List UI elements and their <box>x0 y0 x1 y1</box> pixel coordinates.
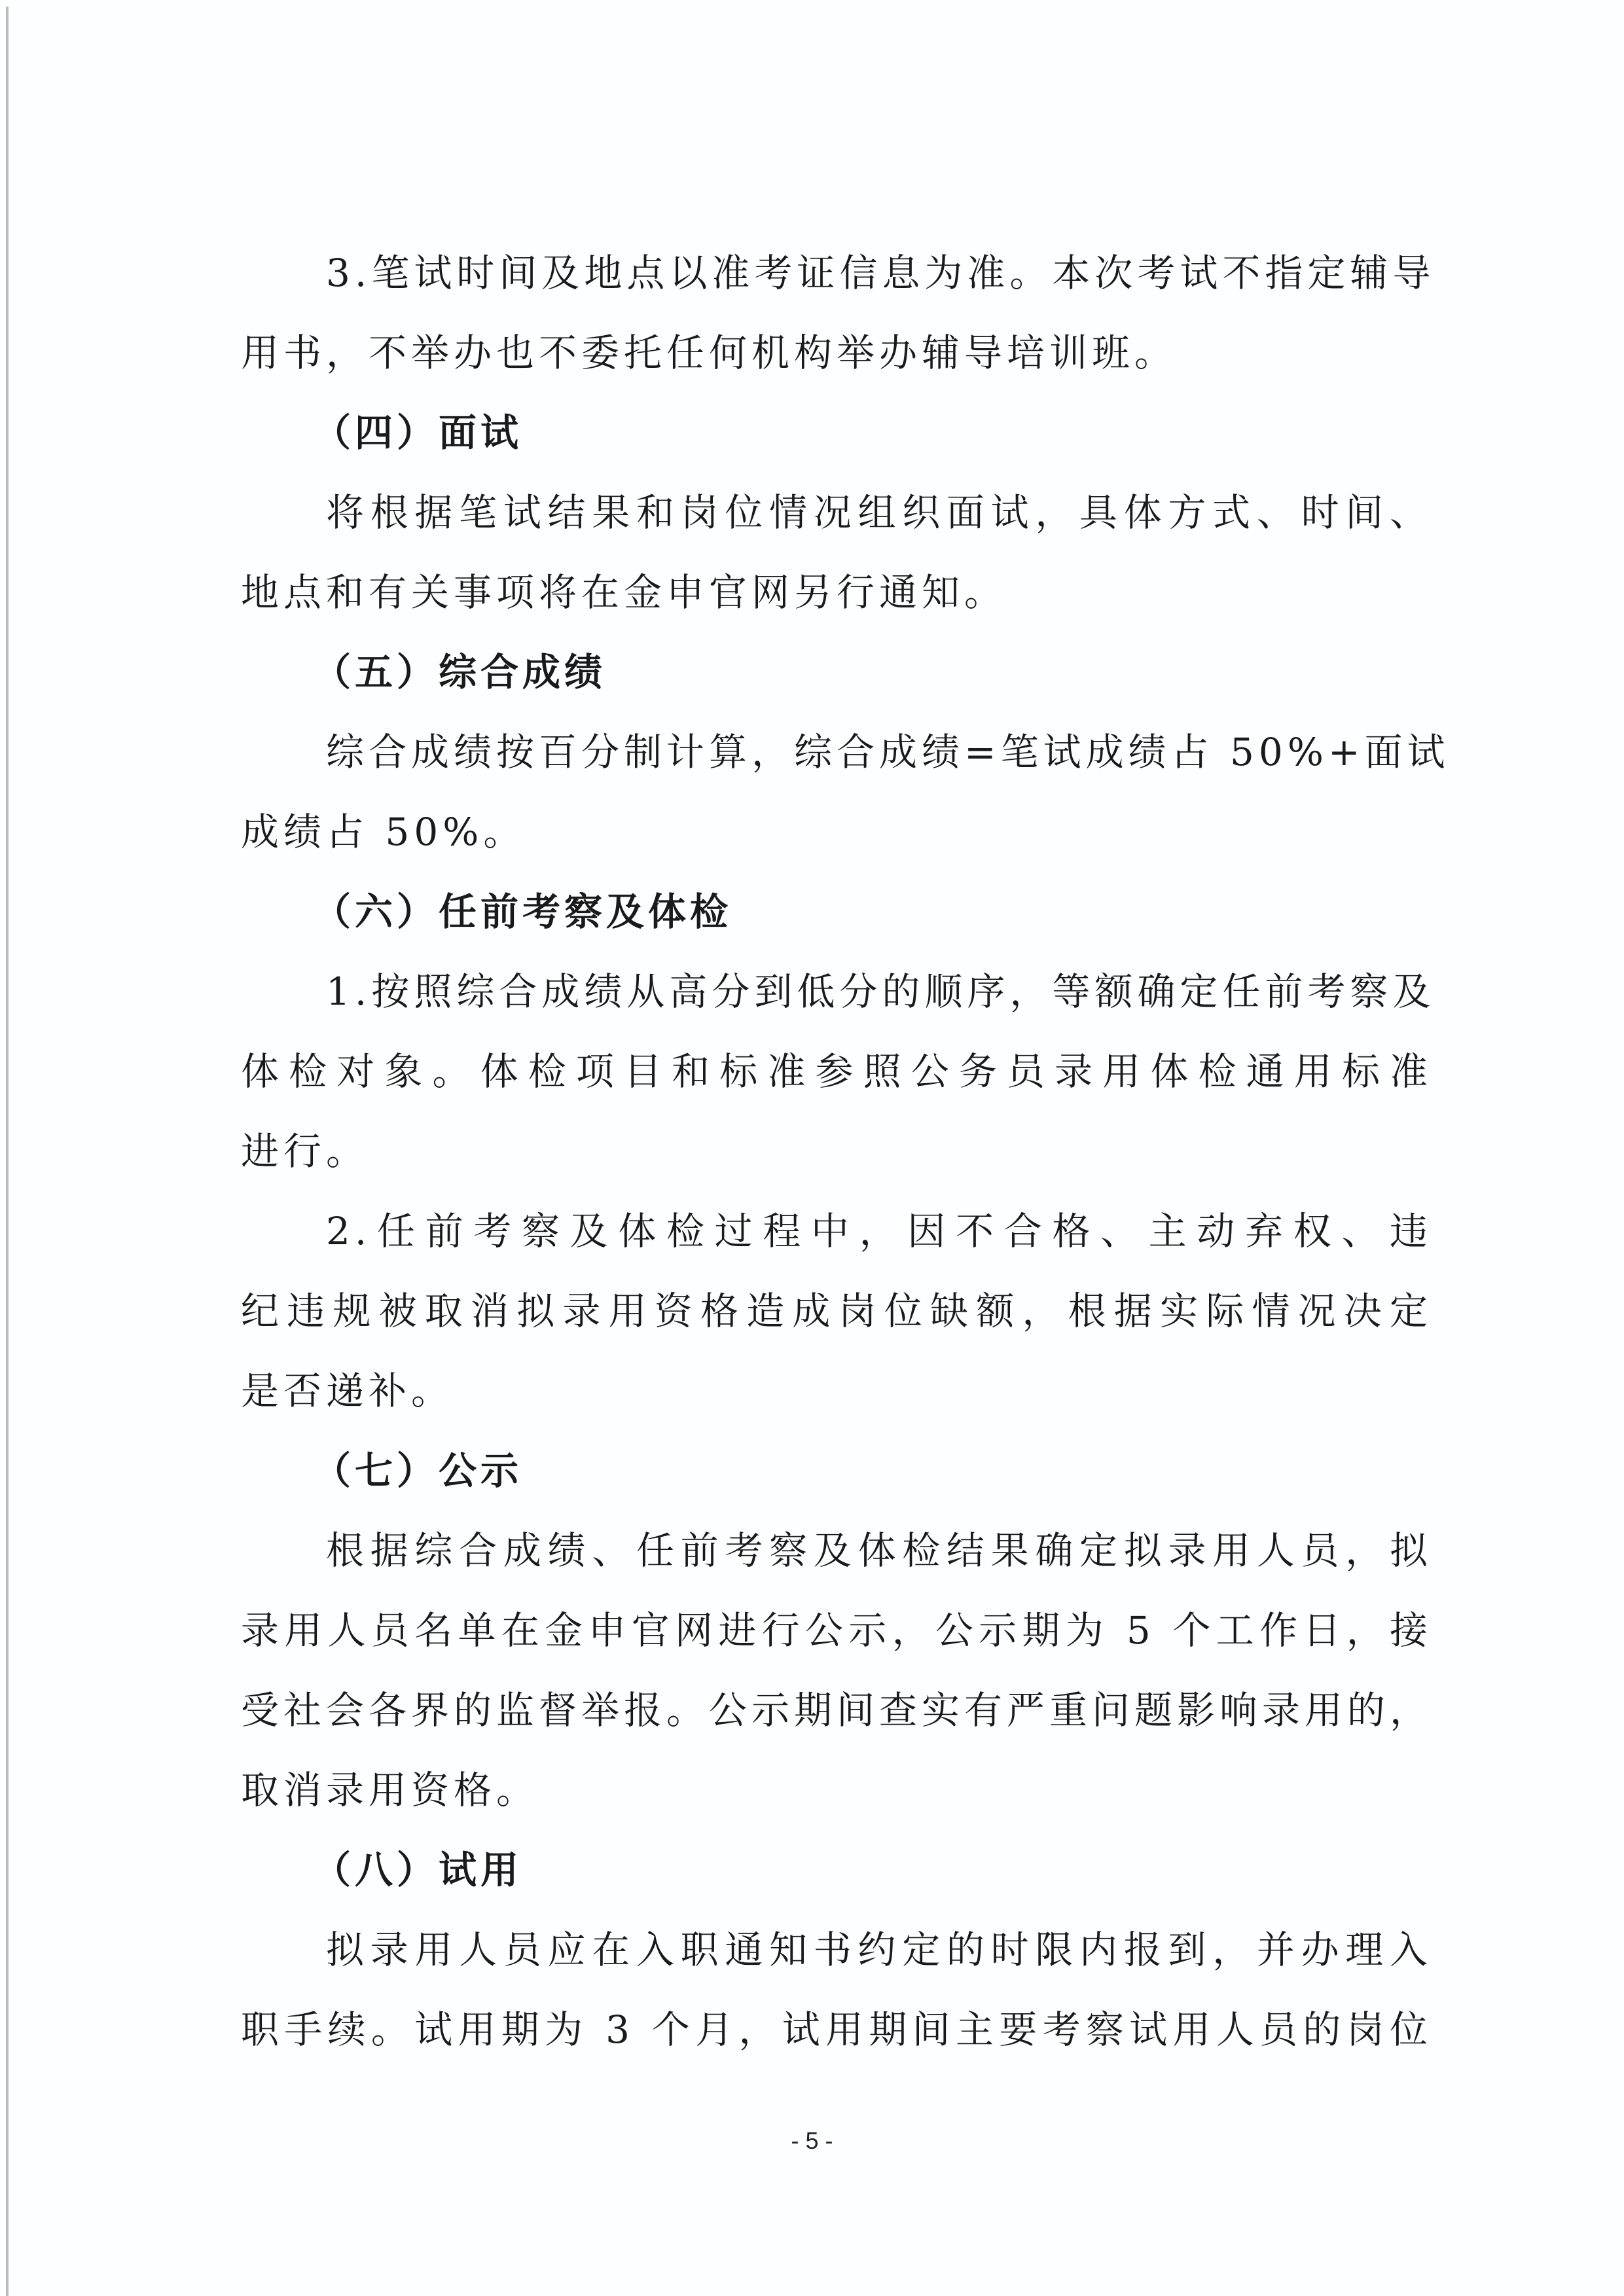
section-heading-probation: （八）试用 <box>241 1830 1432 1910</box>
paragraph-line: 进行。 <box>241 1111 1432 1191</box>
scan-edge-line <box>6 7 9 2296</box>
paragraph-line: 纪违规被取消拟录用资格造成岗位缺额，根据实际情况决定 <box>241 1271 1432 1351</box>
paragraph-line: 受社会各界的监督举报。公示期间查实有严重问题影响录用的， <box>241 1670 1432 1750</box>
paragraph-line: 是否递补。 <box>241 1351 1432 1431</box>
paragraph-line: 录用人员名单在金申官网进行公示，公示期为 5 个工作日，接 <box>241 1590 1432 1670</box>
paragraph-line: 1.按照综合成绩从高分到低分的顺序，等额确定任前考察及 <box>241 952 1432 1031</box>
paragraph-line: 职手续。试用期为 3 个月，试用期间主要考察试用人员的岗位 <box>241 1990 1432 2070</box>
section-heading-inspection-physical: （六）任前考察及体检 <box>241 872 1432 952</box>
paragraph-line: 取消录用资格。 <box>241 1750 1432 1830</box>
section-heading-publicity: （七）公示 <box>241 1431 1432 1511</box>
paragraph-line: 用书，不举办也不委托任何机构举办辅导培训班。 <box>241 313 1432 393</box>
paragraph-line: 将根据笔试结果和岗位情况组织面试，具体方式、时间、 <box>241 473 1432 552</box>
paragraph-line: 综合成绩按百分制计算，综合成绩=笔试成绩占 50%+面试 <box>241 712 1432 792</box>
paragraph-line: 3.笔试时间及地点以准考证信息为准。本次考试不指定辅导 <box>241 233 1432 313</box>
paragraph-line: 拟录用人员应在入职通知书约定的时限内报到，并办理入 <box>241 1910 1432 1990</box>
page-number: - 5 - <box>0 2127 1624 2155</box>
section-heading-interview: （四）面试 <box>241 393 1432 473</box>
paragraph-line: 成绩占 50%。 <box>241 792 1432 872</box>
paragraph-line: 地点和有关事项将在金申官网另行通知。 <box>241 552 1432 632</box>
document-body: 3.笔试时间及地点以准考证信息为准。本次考试不指定辅导 用书，不举办也不委托任何… <box>241 233 1432 2070</box>
paragraph-line: 根据综合成绩、任前考察及体检结果确定拟录用人员，拟 <box>241 1511 1432 1590</box>
section-heading-overall-score: （五）综合成绩 <box>241 632 1432 712</box>
paragraph-line: 体检对象。体检项目和标准参照公务员录用体检通用标准 <box>241 1031 1432 1111</box>
paragraph-line: 2.任前考察及体检过程中，因不合格、主动弃权、违 <box>241 1191 1432 1271</box>
